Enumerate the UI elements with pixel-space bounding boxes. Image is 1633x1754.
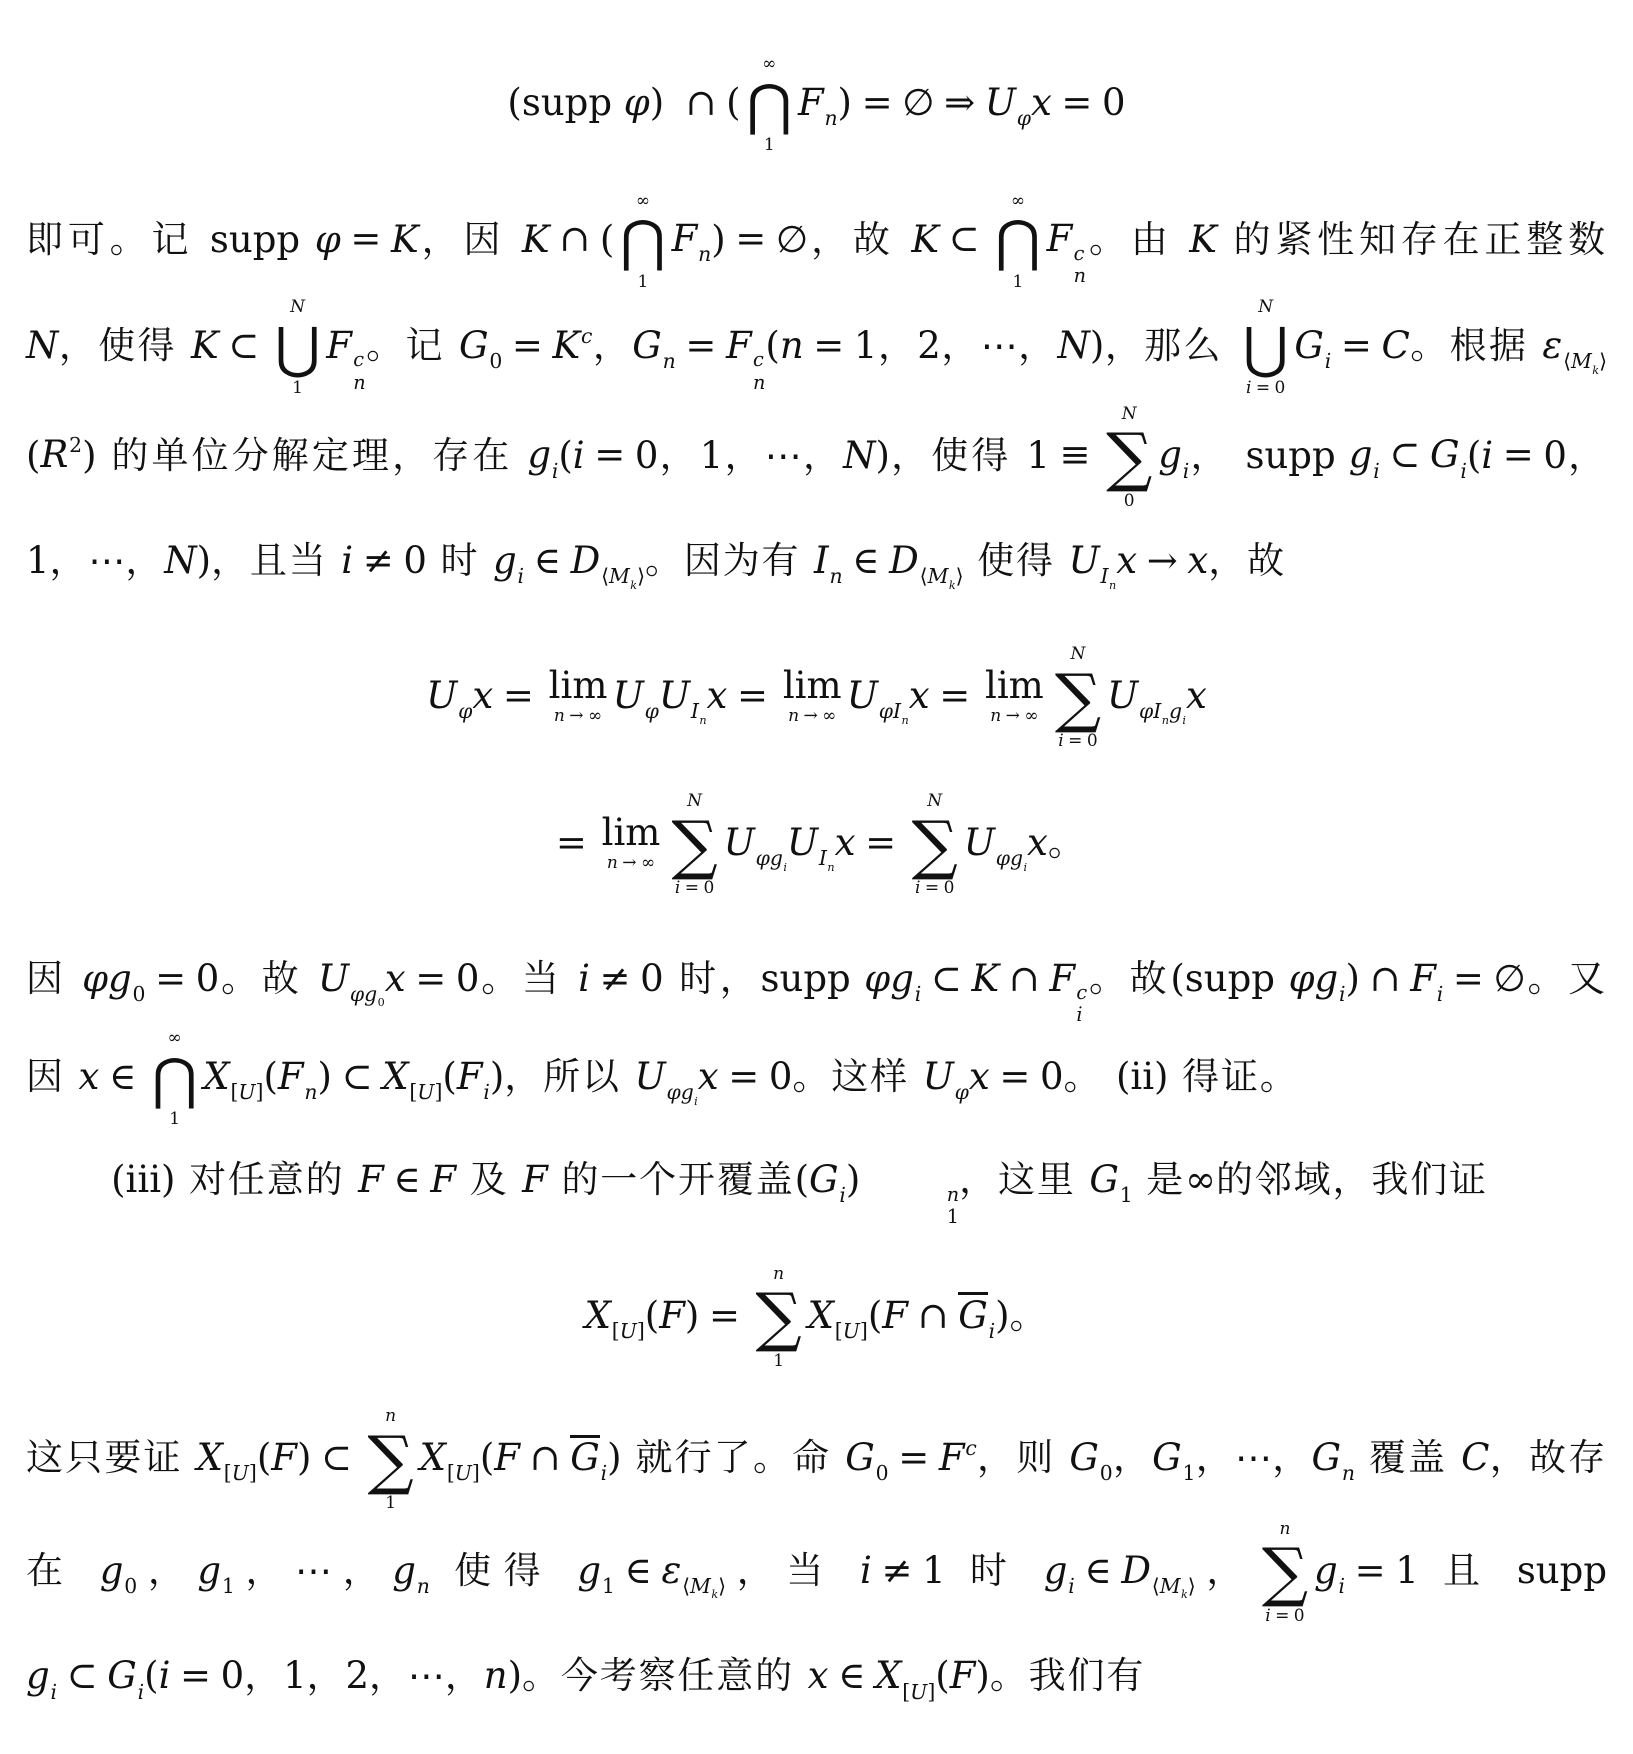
tok-operator-symbol: ∑: [368, 1430, 414, 1492]
tok-big-operator: N∑0: [1106, 402, 1152, 515]
tok-sub: [U]: [611, 1319, 645, 1343]
tok-operator-symbol: ⋃: [275, 321, 321, 377]
tok-subscript: UφIn: [847, 674, 909, 717]
tok-op: =: [930, 674, 980, 717]
tok-lower-limit: n→∞: [990, 704, 1038, 730]
tok-m: U: [985, 81, 1016, 124]
tok-base: D: [1121, 1549, 1151, 1592]
tok-r: ): [685, 1294, 699, 1337]
tok-t: 覆盖: [1355, 1436, 1461, 1479]
tok-sup: 2: [68, 433, 82, 457]
tok-subscript: X[U]: [585, 1294, 645, 1337]
tok-sub: n: [901, 714, 909, 727]
tok-subscript: g0: [364, 982, 385, 1006]
tok-op: ∩: [908, 1294, 958, 1337]
tok-t: 因: [26, 957, 82, 1000]
tok-r: 1: [283, 1654, 307, 1697]
tok-lower-limit: 1: [169, 1107, 180, 1133]
tok-op: ≡: [1050, 433, 1100, 476]
tok-t: ，故: [808, 217, 911, 260]
tok-r: (ii): [1116, 1055, 1169, 1098]
tok-m: c: [965, 1436, 976, 1460]
tok-base: U: [847, 674, 878, 717]
tok-r: ): [846, 1158, 860, 1201]
tok-sub: 1: [221, 1574, 235, 1598]
tok-base: U: [964, 821, 995, 864]
tok-r: ⋯: [295, 1549, 332, 1592]
tok-r: 1: [169, 1109, 180, 1129]
tok-sub: n: [353, 372, 365, 394]
tok-m: M: [1160, 1574, 1181, 1598]
tok-m: g: [26, 1654, 50, 1697]
tok-op: =: [502, 324, 552, 367]
tok-lim-base: lim: [602, 814, 661, 851]
tok-r: (: [868, 1294, 882, 1337]
tok-t: 且: [1419, 1549, 1517, 1592]
tok-sub: [U]: [230, 1080, 264, 1104]
tok-m: n: [698, 242, 711, 266]
tok-subsup: )n1: [846, 1158, 959, 1201]
tok-base: ε: [1542, 324, 1562, 367]
tok-subscript: UIn: [787, 821, 835, 864]
tok-subscript: In: [814, 539, 843, 582]
tok-base: X: [382, 1055, 408, 1098]
tok-r: 0: [1040, 1055, 1064, 1098]
tok-m: g: [577, 1549, 601, 1592]
tok-t: 时: [427, 539, 493, 582]
tok-m: c: [1074, 242, 1085, 265]
tok-op: ≠: [353, 539, 403, 582]
tok-subscript: g0: [108, 957, 145, 1000]
tok-r: (: [600, 217, 614, 260]
tok-sub: φ: [1016, 106, 1031, 130]
tok-op: =: [1271, 1606, 1294, 1626]
tok-m: F: [882, 1294, 908, 1337]
tok-lim-base: lim: [985, 667, 1044, 704]
tok-m: K: [522, 217, 550, 260]
tok-base: g: [1349, 433, 1373, 476]
tok-r: ): [297, 1436, 311, 1479]
tok-subscript: Uφ: [985, 81, 1031, 124]
tok-m: X: [585, 1294, 611, 1337]
tok-op: ∈: [384, 1158, 431, 1201]
tok-m: G: [459, 324, 489, 367]
tok-sub: n: [416, 1574, 430, 1598]
tok-subscript: g1: [197, 1549, 234, 1592]
tok-t: 使得: [964, 539, 1069, 582]
tok-sub: 1: [1182, 1461, 1196, 1485]
tok-base: U: [1107, 674, 1138, 717]
tok-sub: 1: [1119, 1183, 1133, 1207]
tok-r: ): [650, 81, 676, 124]
tok-r: (: [645, 1294, 659, 1337]
tok-subscript: Fn: [798, 81, 838, 124]
tok-t: ，: [658, 433, 699, 476]
tok-operator-symbol: ∑: [1106, 427, 1152, 489]
tok-r: 0: [640, 957, 664, 1000]
tok-t: ，使得: [890, 433, 1026, 476]
equation-Uphi-line1: Uφx=limn→∞UφUInx=limn→∞UφInx=limn→∞N∑i=0…: [26, 642, 1607, 755]
tok-r: ]: [249, 1461, 257, 1485]
tok-subscript: In: [691, 699, 707, 723]
tok-op: ∈: [1075, 1549, 1122, 1592]
tok-base: g: [1315, 957, 1339, 1000]
tok-big-operator: ∞⋂1: [995, 189, 1041, 296]
tok-subsup: Fcn: [1047, 217, 1086, 260]
tok-t: 。: [1010, 1294, 1049, 1337]
tok-sub: ⟨Mk⟩: [600, 564, 645, 588]
tok-sub: n: [827, 861, 835, 874]
tok-sub: φIn: [878, 699, 909, 723]
tok-sub: i: [839, 1183, 846, 1207]
tok-r: 1: [947, 1205, 959, 1228]
paragraph-proof-ii: 即可。记 supp φ=K，因 K∩(∞⋂1Fn)=∅，故 K⊂∞⋂1Fcn。由…: [26, 189, 1607, 609]
tok-subscript: Fn: [278, 1055, 318, 1098]
tok-base: I: [691, 699, 699, 723]
tok-subscript: gi: [26, 1654, 57, 1697]
tok-op: →: [618, 853, 641, 873]
tok-lower-limit: 1: [764, 133, 775, 159]
tok-base: U: [985, 81, 1016, 124]
tok-sup: c: [353, 349, 365, 371]
tok-m: U: [417, 1080, 434, 1104]
tok-r: 0: [133, 982, 146, 1006]
tok-op: =: [676, 324, 726, 367]
tok-r: [: [835, 1319, 843, 1343]
tok-m: φ: [666, 1080, 680, 1104]
tok-m: n: [947, 1183, 959, 1206]
tok-r: 1: [1013, 272, 1024, 292]
tok-r: [: [447, 1461, 455, 1485]
tok-base: F: [672, 217, 698, 260]
tok-t: 得证。: [1169, 1055, 1299, 1098]
tok-t: 的一个开覆盖: [548, 1158, 795, 1201]
tok-base: g: [1314, 1549, 1338, 1592]
tok-r: 1: [385, 1493, 396, 1513]
tok-stack: cn: [352, 349, 366, 393]
tok-m: C: [1381, 324, 1409, 367]
tok-r: ): [995, 1294, 1009, 1337]
tok-base: g: [770, 846, 783, 870]
tok-base: g: [364, 982, 377, 1006]
tok-m: R: [40, 433, 68, 476]
formula-supp-condition: (supp φ) ∩(∞⋂1Fn)=∅⇒Uφx=0: [26, 52, 1607, 159]
tok-r: (iii): [111, 1158, 175, 1201]
tok-r: 1: [854, 324, 878, 367]
tok-r: 1: [602, 1574, 615, 1598]
tok-m: F: [1410, 957, 1436, 1000]
tok-m: F: [326, 324, 352, 367]
tok-m: φ: [864, 957, 890, 1000]
tok-r: 0: [221, 1654, 245, 1697]
tok-base: I: [814, 539, 829, 582]
tok-m: i: [1265, 1606, 1270, 1626]
tok-base: F: [1047, 217, 1073, 260]
tok-sub: n: [1074, 265, 1086, 287]
tok-m: φ: [624, 81, 650, 124]
tok-subscript: X[U]: [875, 1654, 935, 1697]
tok-m: U: [1107, 674, 1138, 717]
tok-r: ∞: [641, 853, 655, 873]
tok-op: →: [1137, 539, 1187, 582]
tok-base: U: [1069, 539, 1100, 582]
tok-op: =: [852, 81, 902, 124]
tok-subscript: Mk: [609, 564, 637, 588]
tok-t: ，: [877, 324, 917, 367]
tok-m: i: [1068, 1574, 1075, 1598]
tok-subscript: Uφg0: [318, 957, 385, 1000]
tok-r: lim: [985, 664, 1044, 707]
tok-r: 0: [1294, 1606, 1305, 1626]
tok-m: F: [798, 81, 824, 124]
tok-r: 0: [1275, 378, 1286, 398]
tok-base: g: [392, 1549, 416, 1592]
tok-r: 0: [489, 349, 502, 373]
tok-sub: 0: [1099, 1461, 1113, 1485]
tok-t: ，且当: [211, 539, 341, 582]
tok-t: ，: [307, 1654, 346, 1697]
tok-lower-limit: 1: [1013, 270, 1024, 296]
tok-op: =: [1345, 1549, 1395, 1592]
tok-t: 。当: [479, 957, 578, 1000]
tok-op: =: [170, 1654, 220, 1697]
tok-m: g: [681, 1080, 694, 1104]
tok-subsup: Fcn: [726, 324, 765, 367]
tok-m: g: [1010, 846, 1023, 870]
tok-r: supp: [1185, 957, 1289, 1000]
tok-lim-base: lim: [783, 667, 842, 704]
tok-base: M: [690, 1574, 711, 1598]
tok-r: ): [1346, 957, 1360, 1000]
tok-m: G: [1430, 433, 1460, 476]
tok-m: g: [1158, 433, 1182, 476]
tok-operator-symbol: ∑: [912, 815, 958, 877]
tok-sup: c: [580, 324, 592, 348]
tok-m: φ: [955, 1080, 969, 1104]
tok-superscript: Kc: [553, 324, 593, 367]
tok-limit: limn→∞: [985, 667, 1044, 730]
tok-subscript: G0: [1069, 1436, 1112, 1479]
tok-m: X: [875, 1654, 901, 1697]
tok-scr: D: [889, 539, 919, 582]
tok-m: U: [659, 674, 690, 717]
tok-t: 时，: [664, 957, 761, 1000]
tok-m: N: [26, 324, 58, 367]
tok-op: =: [920, 878, 943, 898]
tok-op: ⇒: [934, 81, 984, 124]
tok-lower-limit: n→∞: [788, 704, 836, 730]
tok-scr: ε: [1542, 324, 1562, 367]
tok-sub: i: [50, 1680, 57, 1704]
tok-r: ∞: [762, 54, 776, 74]
tok-r: ⟨: [1152, 1574, 1160, 1598]
tok-op: =: [727, 674, 777, 717]
tok-r: (: [480, 1436, 494, 1479]
tok-r: (: [507, 81, 521, 124]
tok-op: =: [1331, 324, 1381, 367]
tok-m: F: [271, 1436, 297, 1479]
tok-r: supp: [522, 81, 624, 124]
tok-t: ，: [235, 1549, 295, 1592]
tok-sub: 1: [862, 1206, 959, 1228]
tok-overline: G: [570, 1435, 600, 1478]
tok-m: φ: [1139, 699, 1153, 723]
tok-t: ，: [802, 433, 843, 476]
tok-r: supp: [210, 217, 315, 260]
tok-subscript: D⟨Mk⟩: [571, 539, 645, 582]
tok-base: G: [107, 1654, 137, 1697]
tok-t: 使得: [430, 1549, 578, 1592]
tok-m: n: [607, 853, 618, 873]
tok-m: g: [527, 433, 551, 476]
tok-r: ∞: [588, 706, 602, 726]
tok-r: 1: [1120, 1183, 1133, 1207]
tok-big-operator: N∑i=0: [671, 789, 717, 902]
tok-subscript: gi: [770, 846, 787, 870]
tok-t: ，这里: [959, 1158, 1089, 1201]
tok-sub: 0: [875, 1461, 889, 1485]
tok-limit: limn→∞: [783, 667, 842, 730]
tok-base: F: [1049, 957, 1075, 1000]
tok-r: 1: [1026, 433, 1050, 476]
tok-subscript: Uφ: [923, 1055, 969, 1098]
tok-m: F: [278, 1055, 304, 1098]
tok-sub: ⟨Mk⟩: [1562, 349, 1607, 373]
tok-m: G: [1152, 1436, 1182, 1479]
tok-sub: 0: [132, 982, 146, 1006]
tok-op: ⊂: [219, 324, 269, 367]
tok-m: x: [969, 1055, 990, 1098]
tok-r: (: [1170, 957, 1184, 1000]
tok-t: 。故: [1087, 957, 1170, 1000]
tok-subscript: Gi: [1430, 433, 1467, 476]
tok-m: K: [553, 324, 581, 367]
tok-r: 1: [1183, 1461, 1196, 1485]
tok-m: g: [1314, 1549, 1338, 1592]
tok-m: C: [1461, 1436, 1489, 1479]
tok-m: x: [1187, 539, 1208, 582]
tok-operator-symbol: ⋂: [152, 1052, 198, 1108]
tok-r: ⋯: [981, 324, 1018, 367]
tok-sub: ⟨Mk⟩: [681, 1574, 726, 1598]
tok-sub: 1: [601, 1574, 615, 1598]
tok-m: x: [472, 674, 493, 717]
tok-m: F: [494, 1436, 520, 1479]
tok-m: x: [78, 1055, 99, 1098]
tok-sub: n: [697, 242, 711, 266]
tok-t: 。: [1063, 1055, 1115, 1098]
tok-sub: k: [1592, 364, 1599, 377]
tok-base: M: [1571, 349, 1592, 373]
tok-m: I: [814, 539, 829, 582]
tok-subscript: Gn: [632, 324, 675, 367]
tok-m: n: [353, 371, 365, 394]
tok-subscript: gi: [681, 1080, 698, 1104]
tok-m: n: [484, 1654, 508, 1697]
tok-r: 1: [773, 1351, 784, 1371]
tok-op: ⊂: [939, 217, 989, 260]
tok-subscript: gi: [1314, 1549, 1345, 1592]
tok-m: F: [457, 1055, 483, 1098]
tok-t: ，: [369, 1654, 408, 1697]
tok-sub: n: [1161, 714, 1169, 727]
tok-base: D: [889, 539, 919, 582]
tok-m: c: [581, 324, 592, 348]
tok-r: 1: [292, 378, 303, 398]
tok-lower-limit: n→∞: [607, 851, 655, 877]
tok-sub: n: [1341, 1461, 1355, 1485]
tok-subscript: UIn: [659, 674, 707, 717]
tok-base: U: [923, 1055, 954, 1098]
tok-m: n: [788, 706, 799, 726]
tok-op: ⊂: [332, 1055, 382, 1098]
tok-lim-base: lim: [549, 667, 608, 704]
tok-t: ，: [1113, 1436, 1153, 1479]
tok-m: U: [847, 674, 878, 717]
tok-operator-symbol: ⋂: [620, 214, 666, 270]
tok-subscript: Fi: [1410, 957, 1443, 1000]
tok-m: φ: [458, 699, 472, 723]
tok-t: ，: [1189, 433, 1245, 476]
tok-sub: i: [1338, 1574, 1345, 1598]
tok-m: F: [950, 1654, 976, 1697]
tok-base: G: [1294, 324, 1324, 367]
tok-m: x: [707, 674, 728, 717]
tok-r: ⟨: [1563, 349, 1571, 373]
tok-sub: i: [483, 1080, 490, 1104]
tok-base: F: [326, 324, 352, 367]
tok-subscript: D⟨Mk⟩: [889, 539, 963, 582]
tok-m: U: [232, 1461, 249, 1485]
tok-r: (: [263, 1055, 277, 1098]
tok-t: ，则: [977, 1436, 1070, 1479]
tok-r: 1: [922, 1549, 946, 1592]
tok-sub: φ: [644, 699, 659, 723]
tok-t: ，: [592, 324, 632, 367]
tok-m: x: [909, 674, 930, 717]
tok-r: [: [902, 1680, 910, 1704]
tok-m: N: [164, 539, 196, 582]
tok-m: U: [787, 821, 818, 864]
tok-op: =: [493, 674, 543, 717]
tok-m: I: [819, 846, 827, 870]
tok-m: i: [517, 564, 524, 588]
tok-r: 1: [638, 272, 649, 292]
tok-r: ⟨: [682, 1574, 690, 1598]
tok-r: ⟨: [601, 564, 609, 588]
tok-subscript: Uφgi: [964, 821, 1027, 864]
tok-subscript: Gn: [1311, 1436, 1354, 1479]
tok-r: 0: [378, 996, 385, 1009]
tok-op: =: [406, 957, 456, 1000]
tok-r: 1: [1395, 1549, 1419, 1592]
tok-m: x: [835, 821, 856, 864]
tok-superscript: R2: [40, 433, 82, 476]
tok-t: 就行了。命: [622, 1436, 846, 1479]
tok-m: U: [318, 957, 349, 1000]
tok-sub: φgi: [666, 1080, 698, 1104]
tok-big-operator: N⋃i=0: [1243, 295, 1289, 402]
tok-subscript: Mk: [928, 564, 956, 588]
tok-base: X: [585, 1294, 611, 1337]
tok-m: F: [358, 1158, 384, 1201]
tok-base: F: [939, 1436, 965, 1479]
tok-m: K: [391, 217, 419, 260]
tok-sub: φ: [457, 699, 472, 723]
tok-base: U: [659, 674, 690, 717]
tok-m: g: [364, 982, 377, 1006]
tok-sub: i: [1076, 1004, 1087, 1026]
